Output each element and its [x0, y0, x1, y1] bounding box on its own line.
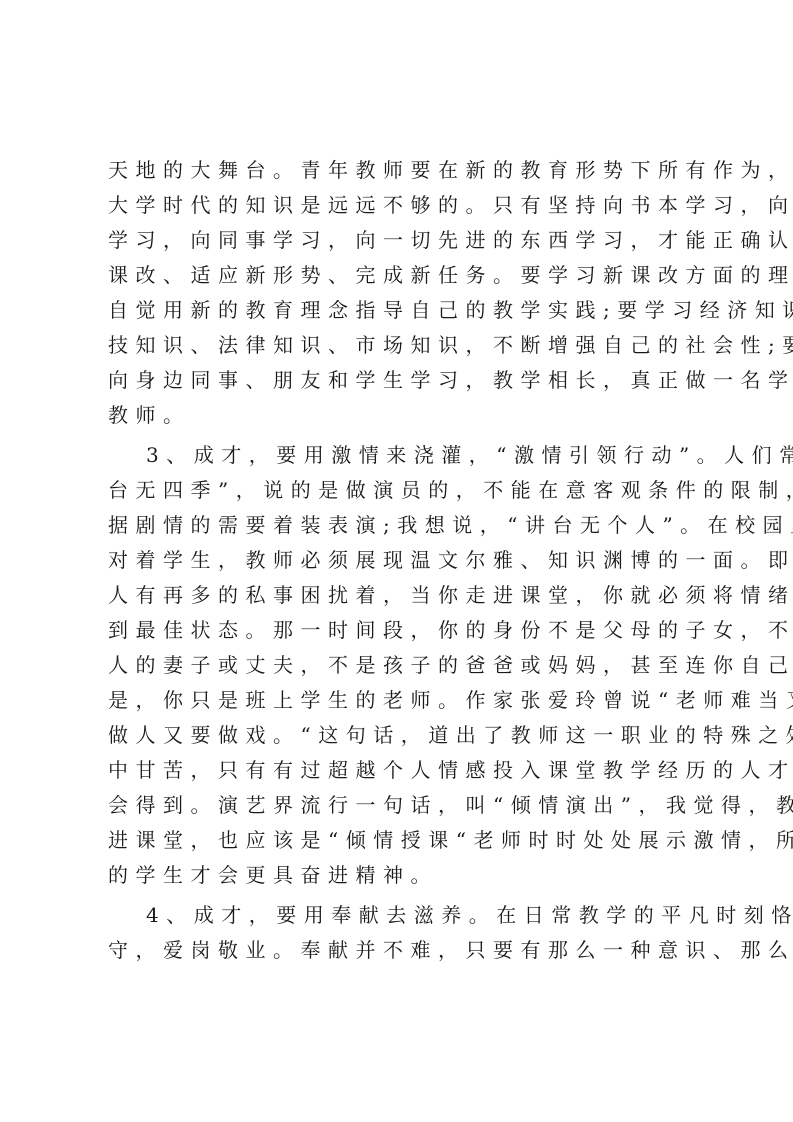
text-line: 台无四季”，说的是做演员的，不能在意客观条件的限制，需根	[108, 473, 688, 508]
text-line: 人有再多的私事困扰着，当你走进课堂，你就必须将情绪调整	[108, 578, 688, 613]
text-line: 对着学生，教师必须展现温文尔雅、知识渊博的一面。即便个	[108, 543, 688, 578]
text-line: 人的妻子或丈夫，不是孩子的爸爸或妈妈，甚至连你自己都不	[108, 648, 688, 683]
text-line: 的学生才会更具奋进精神。	[108, 858, 688, 893]
text-line: 会得到。演艺界流行一句话，叫“倾情演出”，我觉得，教师走	[108, 788, 688, 823]
paragraph-continuation: 天地的大舞台。青年教师要在新的教育形势下所有作为，仅靠 大学时代的知识是远远不够…	[108, 153, 688, 433]
text-line: 中甘苦，只有有过超越个人情感投入课堂教学经历的人才能体	[108, 753, 688, 788]
text-line: 天地的大舞台。青年教师要在新的教育形势下所有作为，仅靠	[108, 153, 688, 188]
text-line: 到最佳状态。那一时间段，你的身份不是父母的子女，不是爱	[108, 613, 688, 648]
text-line: 据剧情的需要着装表演;我想说，“讲台无个人”。在校园里，面	[108, 508, 688, 543]
text-line: 大学时代的知识是远远不够的。只有坚持向书本学习，向实践	[108, 188, 688, 223]
paragraph-section-3: 3、成才，要用激情来浇灌，“激情引领行动”。人们常说“舞 台无四季”，说的是做演…	[108, 438, 688, 893]
text-line: 学习，向同事学习，向一切先进的东西学习，才能正确认识新	[108, 223, 688, 258]
text-line: 守，爱岗敬业。奉献并不难，只要有那么一种意识、那么一种	[108, 933, 688, 968]
text-line: 进课堂，也应该是“倾情授课“老师时时处处展示激情，所带	[108, 823, 688, 858]
text-line-first: 4、成才，要用奉献去滋养。在日常教学的平凡时刻恪尽职	[108, 898, 688, 933]
text-line: 技知识、法律知识、市场知识，不断增强自己的社会性;要虚心	[108, 328, 688, 363]
text-line: 是，你只是班上学生的老师。作家张爱玲曾说“老师难当又要	[108, 683, 688, 718]
text-line: 课改、适应新形势、完成新任务。要学习新课改方面的理论，	[108, 258, 688, 293]
text-line-first: 3、成才，要用激情来浇灌，“激情引领行动”。人们常说“舞	[108, 438, 688, 473]
text-line: 做人又要做戏。“这句话，道出了教师这一职业的特殊之处。个	[108, 718, 688, 753]
paragraph-section-4: 4、成才，要用奉献去滋养。在日常教学的平凡时刻恪尽职 守，爱岗敬业。奉献并不难，…	[108, 898, 688, 968]
document-page: 天地的大舞台。青年教师要在新的教育形势下所有作为，仅靠 大学时代的知识是远远不够…	[0, 0, 793, 1122]
text-line: 教师。	[108, 398, 688, 433]
text-line: 向身边同事、朋友和学生学习，教学相长，真正做一名学习型	[108, 363, 688, 398]
text-line: 自觉用新的教育理念指导自己的教学实践;要学习经济知识、科	[108, 293, 688, 328]
document-body: 天地的大舞台。青年教师要在新的教育形势下所有作为，仅靠 大学时代的知识是远远不够…	[108, 153, 688, 973]
